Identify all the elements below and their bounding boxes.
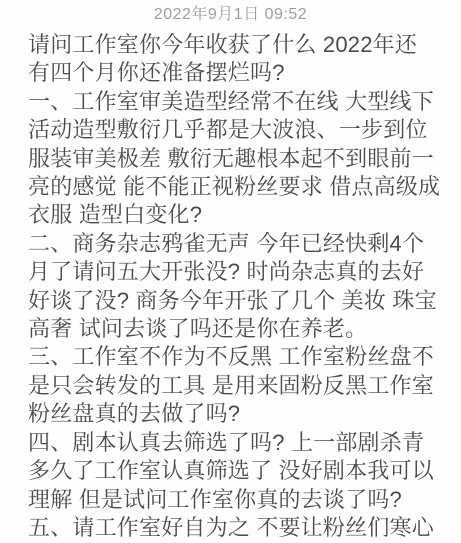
text-line: 四、剧本认真去筛选了吗? 上一部剧杀青 xyxy=(28,429,437,457)
text-line: 理解 但是试问工作室你真的去谈了吗? xyxy=(28,486,437,514)
post-screenshot: 2022年9月1日 09:52 请问工作室你今年收获了什么 2022年还有四个月… xyxy=(0,0,461,543)
text-line: 是只会转发的工具 是用来固粉反黑工作室 xyxy=(28,372,437,400)
text-line: 月了请问五大开张没? 时尚杂志真的去好 xyxy=(28,258,437,286)
text-line: 五、请工作室好自为之 不要让粉丝们寒心 xyxy=(28,514,437,542)
post-timestamp: 2022年9月1日 09:52 xyxy=(0,0,461,26)
text-line: 二、商务杂志鸦雀无声 今年已经快剩4个 xyxy=(28,230,437,258)
text-line: 请问工作室你今年收获了什么 2022年还 xyxy=(28,31,437,59)
text-line: 一、工作室审美造型经常不在线 大型线下 xyxy=(28,88,437,116)
text-line: 活动造型敷衍几乎都是大波浪、一步到位 xyxy=(28,116,437,144)
text-line: 衣服 造型白变化? xyxy=(28,201,437,229)
text-line: 多久了工作室认真筛选了 没好剧本我可以 xyxy=(28,457,437,485)
text-line: 三、工作室不作为不反黑 工作室粉丝盘不 xyxy=(28,343,437,371)
text-line: 亮的感觉 能不能正视粉丝要求 借点高级成 xyxy=(28,173,437,201)
text-line: 粉丝盘真的去做了吗? xyxy=(28,400,437,428)
text-line: 高奢 试问去谈了吗还是你在养老。 xyxy=(28,315,437,343)
text-line: 服装审美极差 敷衍无趣根本起不到眼前一 xyxy=(28,145,437,173)
text-line: 好谈了没? 商务今年开张了几个 美妆 珠宝 xyxy=(28,287,437,315)
text-line: 有四个月你还准备摆烂吗? xyxy=(28,59,437,87)
post-body-text: 请问工作室你今年收获了什么 2022年还有四个月你还准备摆烂吗?一、工作室审美造… xyxy=(0,26,461,542)
